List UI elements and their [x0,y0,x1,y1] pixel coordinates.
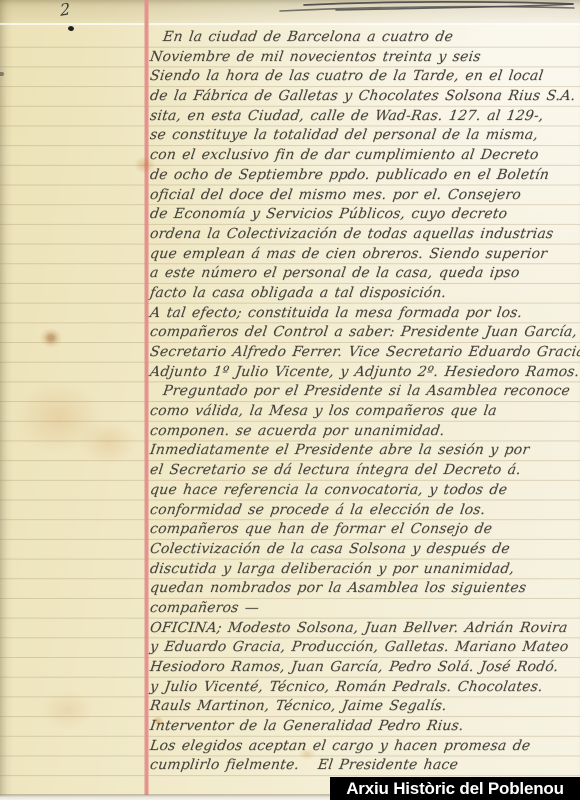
manuscript-line: Noviembre de mil novecientos treinta y s… [149,48,580,68]
manuscript-text: En la ciudad de Barcelona a cuatro deNov… [149,28,577,776]
manuscript-line: Los elegidos aceptan el cargo y hacen pr… [149,737,580,757]
manuscript-line: quedan nombrados por la Asamblea los sig… [149,579,580,599]
manuscript-scan: { "document": { "page_number": "2", "arc… [0,0,580,800]
manuscript-line: Colectivización de la casa Solsona y des… [149,540,580,560]
manuscript-line: OFICINA; Modesto Solsona, Juan Bellver. … [149,619,580,639]
paper-stain [40,690,95,730]
manuscript-line: Hesiodoro Ramos, Juan García, Pedro Solá… [149,658,580,678]
manuscript-line: como válida, la Mesa y los compañeros qu… [149,402,580,422]
manuscript-line: compañeros del Control a saber: Presiden… [149,323,580,343]
manuscript-line: que emplean á mas de cien obreros. Siend… [149,245,580,265]
manuscript-line: y Julio Vicenté, Técnico, Román Pedrals.… [149,678,580,698]
scan-edge-speck [0,72,4,76]
manuscript-line: ordena la Colectivización de todas aquel… [149,225,580,245]
manuscript-line: Interventor de la Generalidad Pedro Rius… [149,717,580,737]
paper-stain [40,328,62,348]
manuscript-line: y Eduardo Gracia, Producción, Galletas. … [149,638,580,658]
manuscript-line: compañeros — [149,599,580,619]
manuscript-line: el Secretario se dá lectura íntegra del … [149,461,580,481]
page-number: 2 [59,0,70,20]
manuscript-line: compañeros que han de formar el Consejo … [149,520,580,540]
manuscript-line: se constituye la totalidad del personal … [149,126,580,146]
manuscript-line: discutida y larga deliberación y por una… [149,560,580,580]
manuscript-line: Adjunto 1º Julio Vicente, y Adjunto 2º. … [149,363,580,383]
manuscript-line: de ocho de Septiembre ppdo. publicado en… [149,166,580,186]
paper-top-rule [0,23,580,25]
archive-watermark-label: Arxiu Històric del Poblenou [346,777,564,800]
pen-strikethrough-marks [276,0,580,16]
manuscript-line: oficial del doce del mismo mes. por el. … [149,186,580,206]
manuscript-line: cumplirlo fielmente. El Presidente hace [149,756,580,776]
manuscript-line: componen. se acuerda por unanimidad. [149,422,580,442]
paper-stain [78,420,138,465]
manuscript-line: Rauls Martinon, Técnico, Jaime Segalís. [149,697,580,717]
manuscript-line: En la ciudad de Barcelona a cuatro de [149,28,580,48]
manuscript-line: que hace referencia la convocatoria, y t… [149,481,580,501]
manuscript-line: con el exclusivo fin de dar cumplimiento… [149,146,580,166]
manuscript-line: Preguntado por el Presidente si la Asamb… [149,382,580,402]
ink-blot [67,25,74,32]
manuscript-line: Inmediatamente el Presidente abre la ses… [149,441,580,461]
manuscript-line: de Economía y Servicios Públicos, cuyo d… [149,205,580,225]
manuscript-line: conformidad se procede á la elección de … [149,501,580,521]
manuscript-line: de la Fábrica de Galletas y Chocolates S… [149,87,580,107]
archive-watermark-bar: Arxiu Històric del Poblenou [330,777,580,800]
paper-bottom-edge [0,794,336,800]
paper-stain [14,380,104,455]
manuscript-line: Siendo la hora de las cuatro de la Tarde… [149,67,580,87]
manuscript-line: sita, en esta Ciudad, calle de Wad-Ras. … [149,107,580,127]
manuscript-line: Secretario Alfredo Ferrer. Vice Secretar… [149,343,580,363]
manuscript-line: a este número el personal de la casa, qu… [149,264,580,284]
manuscript-line: A tal efecto; constituida la mesa formad… [149,304,580,324]
manuscript-line: facto la casa obligada a tal disposición… [149,284,580,304]
